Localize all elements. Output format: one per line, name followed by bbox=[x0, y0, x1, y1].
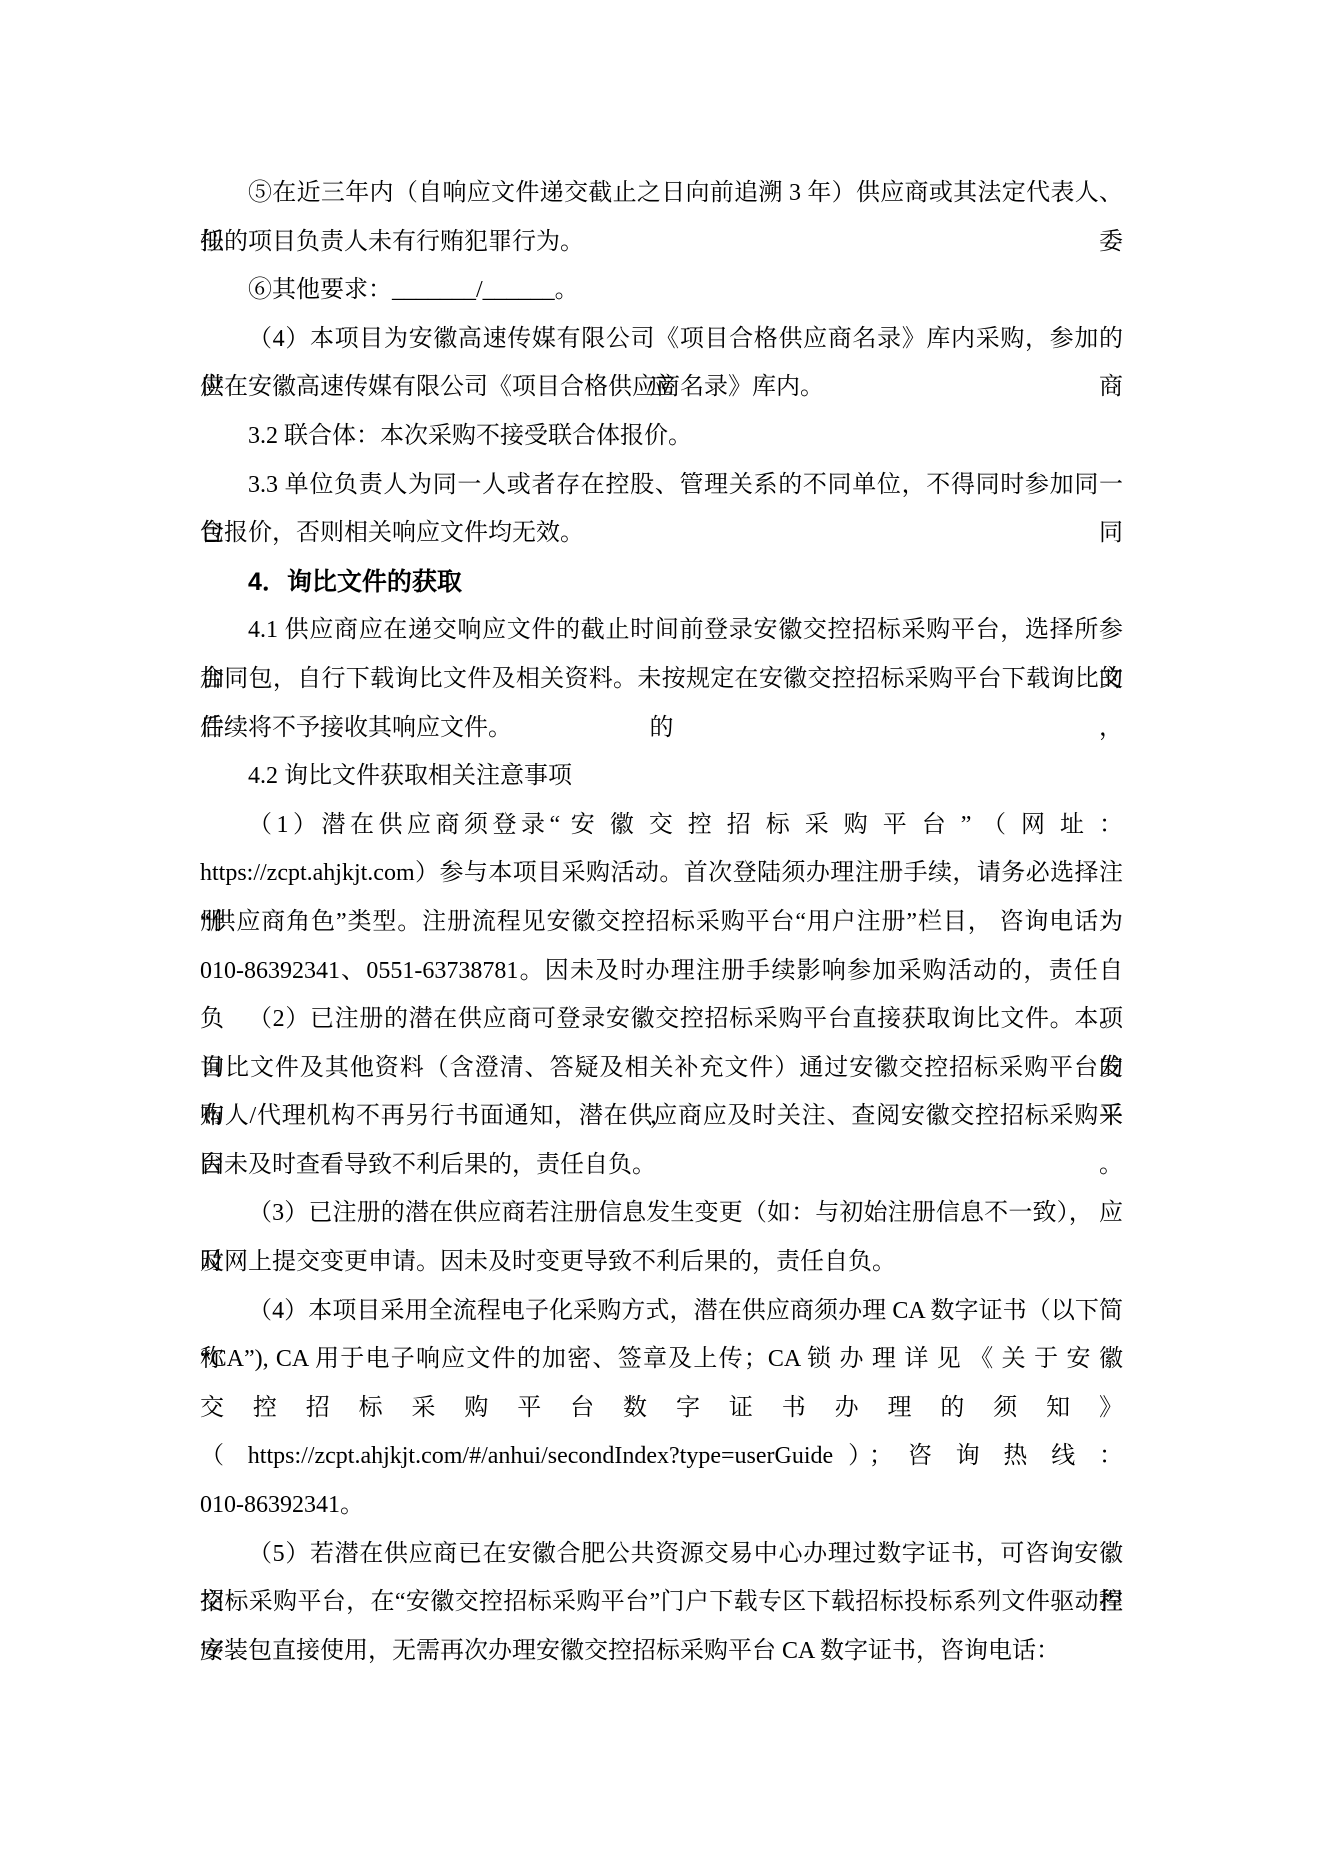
text-line: 010-86392341、0551-63738781。因未及时办理注册手续影响参… bbox=[200, 947, 1123, 996]
text-line: 010-86392341。 bbox=[200, 1481, 1123, 1530]
text-line: “供应商角色”类型。注册流程见安徽交控招标采购平台“用户注册”栏目， 咨询电话： bbox=[200, 898, 1123, 947]
text-line: 招标采购平台，在“安徽交控招标采购平台”门户下载专区下载招标投标系列文件驱动程序 bbox=[200, 1578, 1123, 1627]
text-line: 3.3 单位负责人为同一人或者存在控股、管理关系的不同单位，不得同时参加同一合同 bbox=[200, 461, 1123, 510]
text-line: （2）已注册的潜在供应商可登录安徽交控招标采购平台直接获取询比文件。本项目的 bbox=[200, 995, 1123, 1044]
text-line: 4.1 供应商应在递交响应文件的截止时间前登录安徽交控招标采购平台，选择所参加的 bbox=[200, 606, 1123, 655]
text-line: 3.2 联合体：本次采购不接受联合体报价。 bbox=[200, 412, 1123, 461]
text-line: （4）本项目采用全流程电子化采购方式，潜在供应商须办理 CA 数字证书（以下简称 bbox=[200, 1287, 1123, 1336]
text-line: （4）本项目为安徽高速传媒有限公司《项目合格供应商名录》库内采购，参加的供应商 bbox=[200, 315, 1123, 364]
text-line: 询比文件及其他资料（含澄清、答疑及相关补充文件）通过安徽交控招标采购平台发布，采 bbox=[200, 1044, 1123, 1093]
document-body: ⑤在近三年内（自响应文件递交截止之日向前追溯 3 年）供应商或其法定代表人、拟委… bbox=[200, 169, 1123, 1675]
text-line: 时网上提交变更申请。因未及时变更导致不利后果的，责任自负。 bbox=[200, 1238, 1123, 1287]
text-line: （ https://zcpt.ahjkjt.com/#/anhui/second… bbox=[200, 1432, 1123, 1481]
document-page: ⑤在近三年内（自响应文件递交截止之日向前追溯 3 年）供应商或其法定代表人、拟委… bbox=[0, 0, 1323, 1871]
text-line: ⑥其他要求：_______/______。 bbox=[200, 266, 1123, 315]
text-line: 4.2 询比文件获取相关注意事项 bbox=[200, 752, 1123, 801]
text-line: （3）已注册的潜在供应商若注册信息发生变更（如：与初始注册信息不一致）， 应及 bbox=[200, 1189, 1123, 1238]
text-line: 购人/代理机构不再另行书面通知，潜在供应商应及时关注、查阅安徽交控招标采购平台。 bbox=[200, 1092, 1123, 1141]
text-line: （1）潜在供应商须登录“ 安 徽 交 控 招 标 采 购 平 台 ” （ 网 址… bbox=[200, 801, 1123, 850]
section-heading: 4．询比文件的获取 bbox=[200, 558, 1123, 607]
text-line: https://zcpt.ahjkjt.com）参与本项目采购活动。首次登陆须办… bbox=[200, 849, 1123, 898]
text-line: 安装包直接使用，无需再次办理安徽交控招标采购平台 CA 数字证书，咨询电话： bbox=[200, 1627, 1123, 1676]
text-line: ⑤在近三年内（自响应文件递交截止之日向前追溯 3 年）供应商或其法定代表人、拟委 bbox=[200, 169, 1123, 218]
text-line: “CA”), CA 用于电子响应文件的加密、签章及上传；CA 锁 办 理 详 见… bbox=[200, 1335, 1123, 1384]
text-line: 合同包，自行下载询比文件及相关资料。未按规定在安徽交控招标采购平台下载询比文件的… bbox=[200, 655, 1123, 704]
text-line: （5）若潜在供应商已在安徽合肥公共资源交易中心办理过数字证书，可咨询安徽交控 bbox=[200, 1530, 1123, 1579]
text-line: 交 控 招 标 采 购 平 台 数 字 证 书 办 理 的 须 知 》 bbox=[200, 1384, 1123, 1433]
